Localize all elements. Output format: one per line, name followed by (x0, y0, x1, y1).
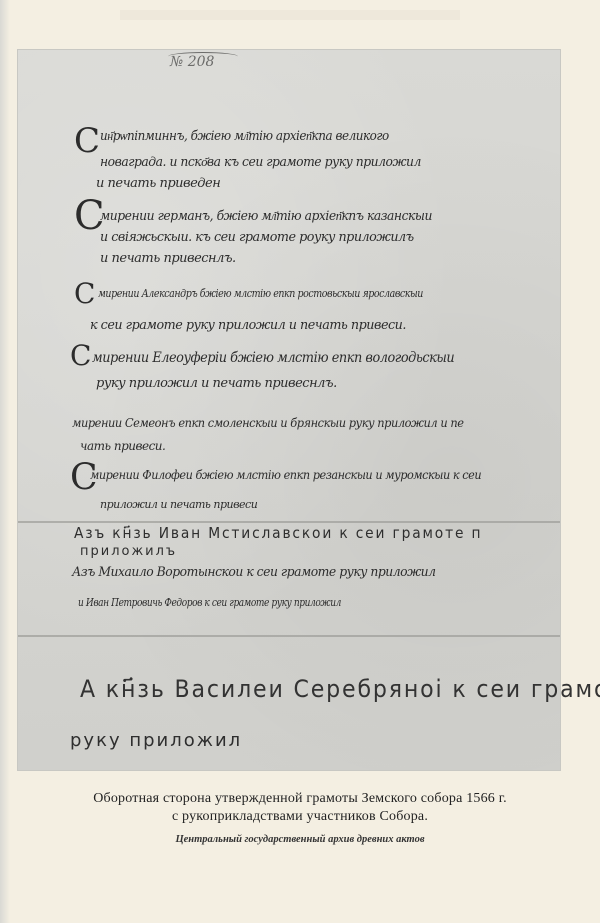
manuscript-line: и Иван Петровичь Федоров к сеи грамоте р… (78, 596, 341, 609)
caption-subtitle: с рукоприкладствами участников Собора. (0, 809, 600, 825)
manuscript-line: новаграда. и пско҃ва къ сеи грамоте руку… (100, 154, 421, 170)
manuscript-line: Азъ кн҃зь Иван Мстиславскои к сеи грамот… (74, 524, 482, 542)
manuscript-line: руку приложил и печать привеснлъ. (96, 376, 337, 391)
manuscript-line: Азъ Михаило Воротынскои к сеи грамоте ру… (72, 565, 436, 580)
initial-letter: С (70, 342, 91, 370)
page-edge-shadow (0, 0, 10, 923)
catalog-number: № 208 (170, 54, 214, 70)
manuscript-line: руку приложил (70, 730, 242, 751)
manuscript-line: мирении германъ, бжіею мл҃тію архіеп҃кпъ… (100, 208, 432, 224)
manuscript-line: ин҃рѡпіпминнъ, бжіею мл҃тію архіеп҃кпа в… (100, 128, 389, 144)
manuscript-line: мирении Елеоуферіи бжіею млстію епкп вол… (92, 350, 454, 366)
manuscript-line: А кн҃зь Василеи Серебряноi к сеи грамоте (80, 675, 600, 703)
initial-letter: С (74, 124, 100, 158)
manuscript-line: и свіяжьскыи. къ сеи грамоте роуку прило… (100, 230, 414, 245)
manuscript-line: к сеи грамоте руку приложил и печать при… (90, 318, 406, 333)
initial-letter: С (74, 280, 95, 308)
manuscript-line: приложил и печать привеси (100, 498, 257, 511)
manuscript-line: чать привеси. (80, 439, 165, 453)
rule-line (18, 635, 560, 637)
manuscript-line: и печать приведен (96, 176, 220, 191)
bleed-through-text (120, 10, 460, 20)
manuscript-line: приложилъ (80, 544, 177, 559)
manuscript-line: мирении Александръ бжіею млстію епкп рос… (98, 287, 423, 300)
manuscript-line: и печать привеснлъ. (100, 251, 236, 266)
caption-credit: Центральный государственный архив древни… (0, 834, 600, 845)
caption-title: Оборотная сторона утвержденной грамоты З… (0, 791, 600, 807)
manuscript-line: мирении Филофеи бжіею млстію епкп резанс… (90, 468, 481, 482)
manuscript-photo: № 208 С ин҃рѡпіпминнъ, бжіею мл҃тію архі… (18, 50, 560, 770)
manuscript-line: мирении Семеонъ епкп смоленскыи и брянск… (72, 416, 463, 430)
rule-line (18, 521, 560, 523)
